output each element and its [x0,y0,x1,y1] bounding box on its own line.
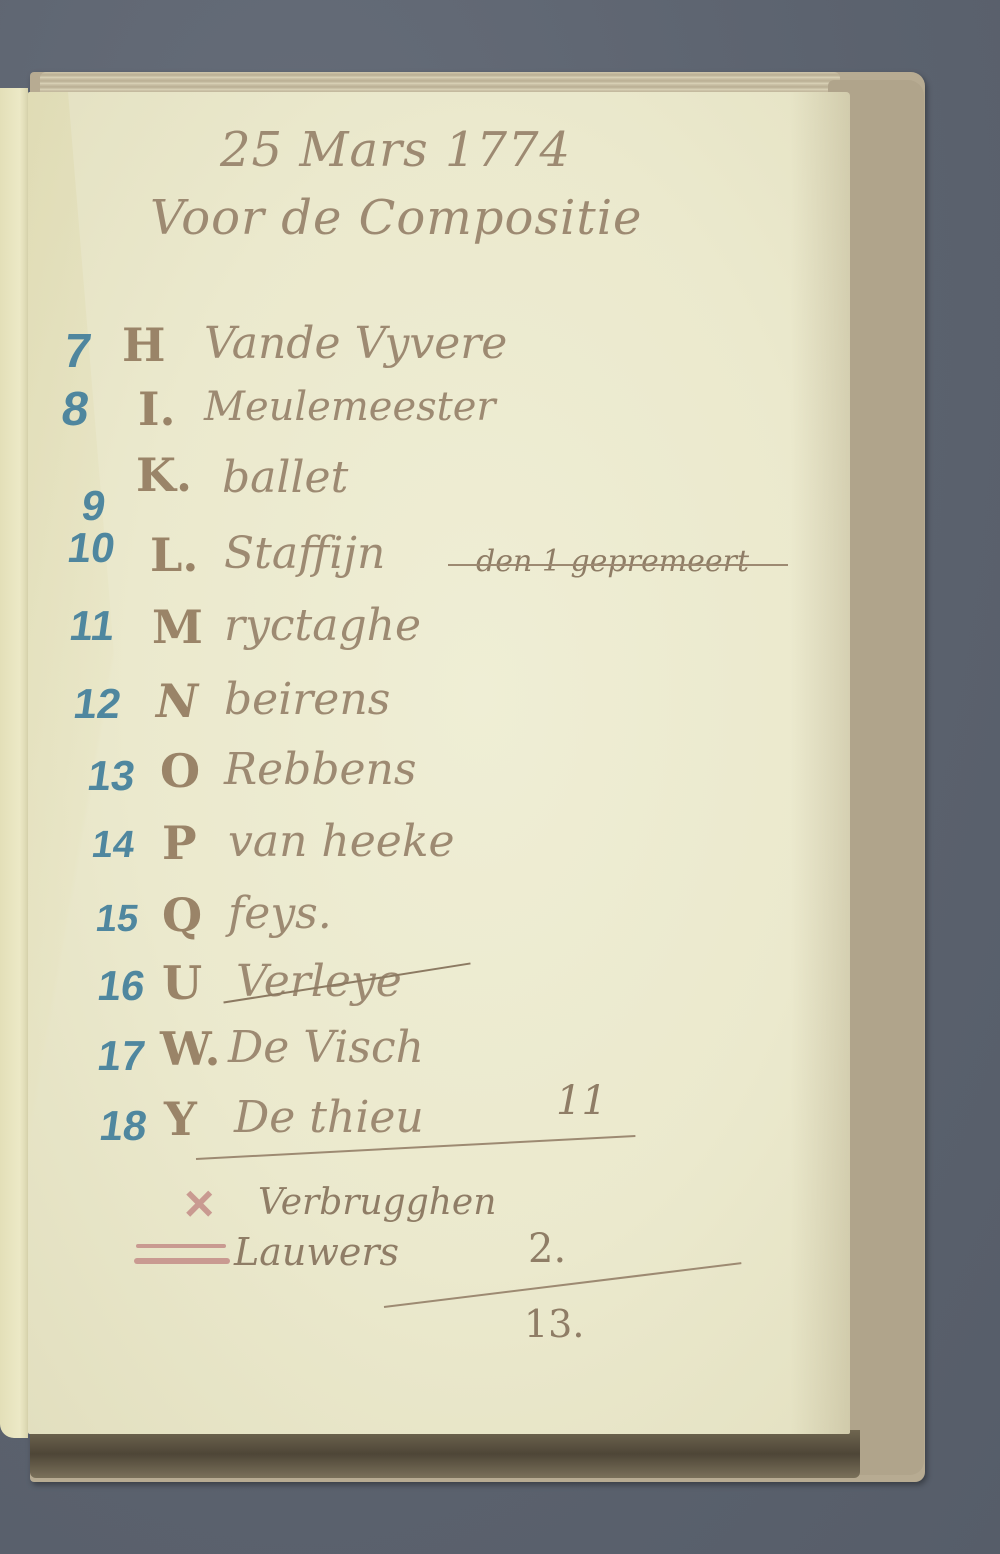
addition-count: 2. [528,1226,566,1272]
seq-number: 15 [93,898,141,941]
facing-page-edge [0,88,28,1438]
seq-number: 14 [89,824,137,867]
entry-name: Vande Vyvere [204,318,507,369]
entry-name: De Visch [228,1022,424,1073]
entry-letter: O [160,744,200,798]
entry-name: feys. [228,888,332,939]
entry-note: den 1 gepremeert [476,544,749,579]
page-stack-bottom-edge [30,1430,860,1478]
seq-number: 16 [95,962,148,1010]
entry-letter: K. [136,448,192,502]
date-heading: 25 Mars 1774 [220,122,571,178]
seq-number: 18 [97,1102,150,1150]
note-underline [448,564,788,566]
entry-name: ballet [222,452,348,503]
entry-name: van heeke [228,816,455,867]
entry-letter: N [156,674,198,728]
entry-letter: Q [162,888,202,942]
entry-letter: P [162,816,197,870]
entry-name-struck: Verleye [236,956,402,1007]
entry-letter: U [162,956,202,1010]
entry-name: De thieu [234,1092,424,1143]
entry-count: 11 [556,1078,607,1124]
entry-name: Staffijn [224,528,385,579]
subtitle-heading: Voor de Compositie [150,190,642,246]
seq-number: 12 [71,680,124,728]
red-equals-mark-top [136,1244,226,1248]
notebook-page: 25 Mars 1774 Voor de Compositie 7 8 9 10… [28,92,850,1434]
entry-letter: M [152,600,203,654]
entry-name: Rebbens [224,744,416,795]
total-count: 13. [524,1302,584,1346]
entry-letter: L. [150,528,198,582]
seq-number: 17 [95,1032,148,1080]
entry-name: beirens [224,674,390,725]
entry-letter: I. [138,382,176,436]
entry-letter: H [122,318,165,372]
entry-name: ryctaghe [224,600,421,651]
entry-letter: W. [160,1022,221,1076]
seq-number: 11 [67,602,118,650]
seq-number: 13 [85,752,138,800]
addition-name: Lauwers [234,1230,399,1274]
addition-name: Verbrugghen [258,1182,496,1223]
red-equals-mark-bottom [134,1258,230,1264]
red-cross-mark: × [184,1174,214,1234]
entry-letter: Y [164,1092,197,1146]
page-shading [790,92,850,1434]
entry-name: Meulemeester [204,384,496,430]
seq-number: 10 [65,524,118,572]
